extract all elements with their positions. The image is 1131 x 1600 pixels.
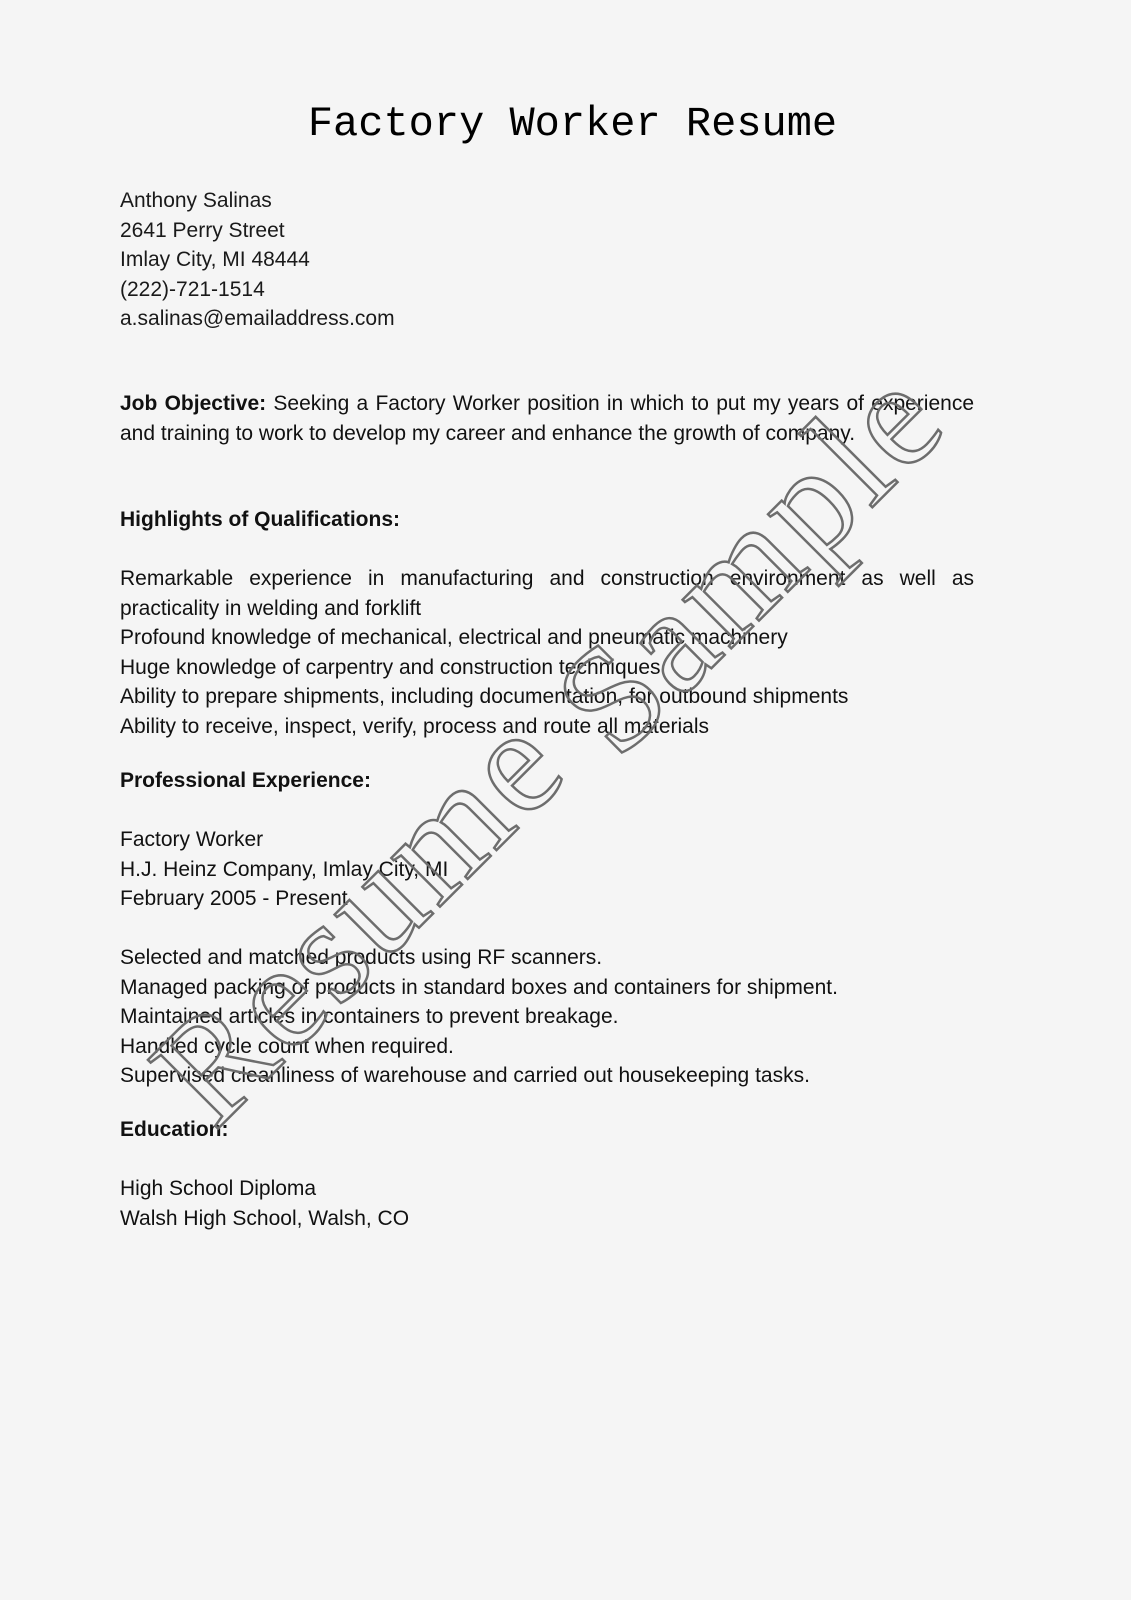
contact-name: Anthony Salinas: [120, 186, 395, 216]
objective-label: Job Objective:: [120, 392, 266, 415]
degree: High School Diploma: [120, 1174, 974, 1204]
qualification-item: Ability to receive, inspect, verify, pro…: [120, 712, 974, 742]
resume-page: Factory Worker Resume Anthony Salinas 26…: [0, 0, 1131, 1600]
contact-phone: (222)-721-1514: [120, 275, 395, 305]
qualification-item: Ability to prepare shipments, including …: [120, 682, 974, 712]
duty-item: Maintained articles in containers to pre…: [120, 1002, 974, 1032]
duty-item: Selected and matched products using RF s…: [120, 943, 974, 973]
duty-item: Handled cycle count when required.: [120, 1032, 974, 1062]
document-title: Factory Worker Resume: [0, 100, 1131, 148]
education-heading: Education:: [120, 1115, 974, 1145]
contact-street: 2641 Perry Street: [120, 216, 395, 246]
school: Walsh High School, Walsh, CO: [120, 1204, 974, 1234]
job-title: Factory Worker: [120, 825, 974, 855]
contact-block: Anthony Salinas 2641 Perry Street Imlay …: [120, 186, 395, 334]
experience-section: Professional Experience: Factory Worker …: [120, 766, 974, 1091]
qualifications-heading: Highlights of Qualifications:: [120, 505, 974, 535]
contact-email: a.salinas@emailaddress.com: [120, 304, 395, 334]
employment-dates: February 2005 - Present: [120, 884, 974, 914]
employer: H.J. Heinz Company, Imlay City, MI: [120, 855, 974, 885]
qualification-item: Huge knowledge of carpentry and construc…: [120, 653, 974, 683]
education-section: Education: High School Diploma Walsh Hig…: [120, 1115, 974, 1233]
qualification-item: Remarkable experience in manufacturing a…: [120, 564, 974, 623]
contact-city: Imlay City, MI 48444: [120, 245, 395, 275]
duty-item: Managed packing of products in standard …: [120, 973, 974, 1003]
experience-heading: Professional Experience:: [120, 766, 974, 796]
qualifications-section: Highlights of Qualifications: Remarkable…: [120, 505, 974, 741]
duty-item: Supervised cleanliness of warehouse and …: [120, 1061, 974, 1091]
objective-section: Job Objective: Seeking a Factory Worker …: [120, 389, 974, 448]
qualification-item: Profound knowledge of mechanical, electr…: [120, 623, 974, 653]
